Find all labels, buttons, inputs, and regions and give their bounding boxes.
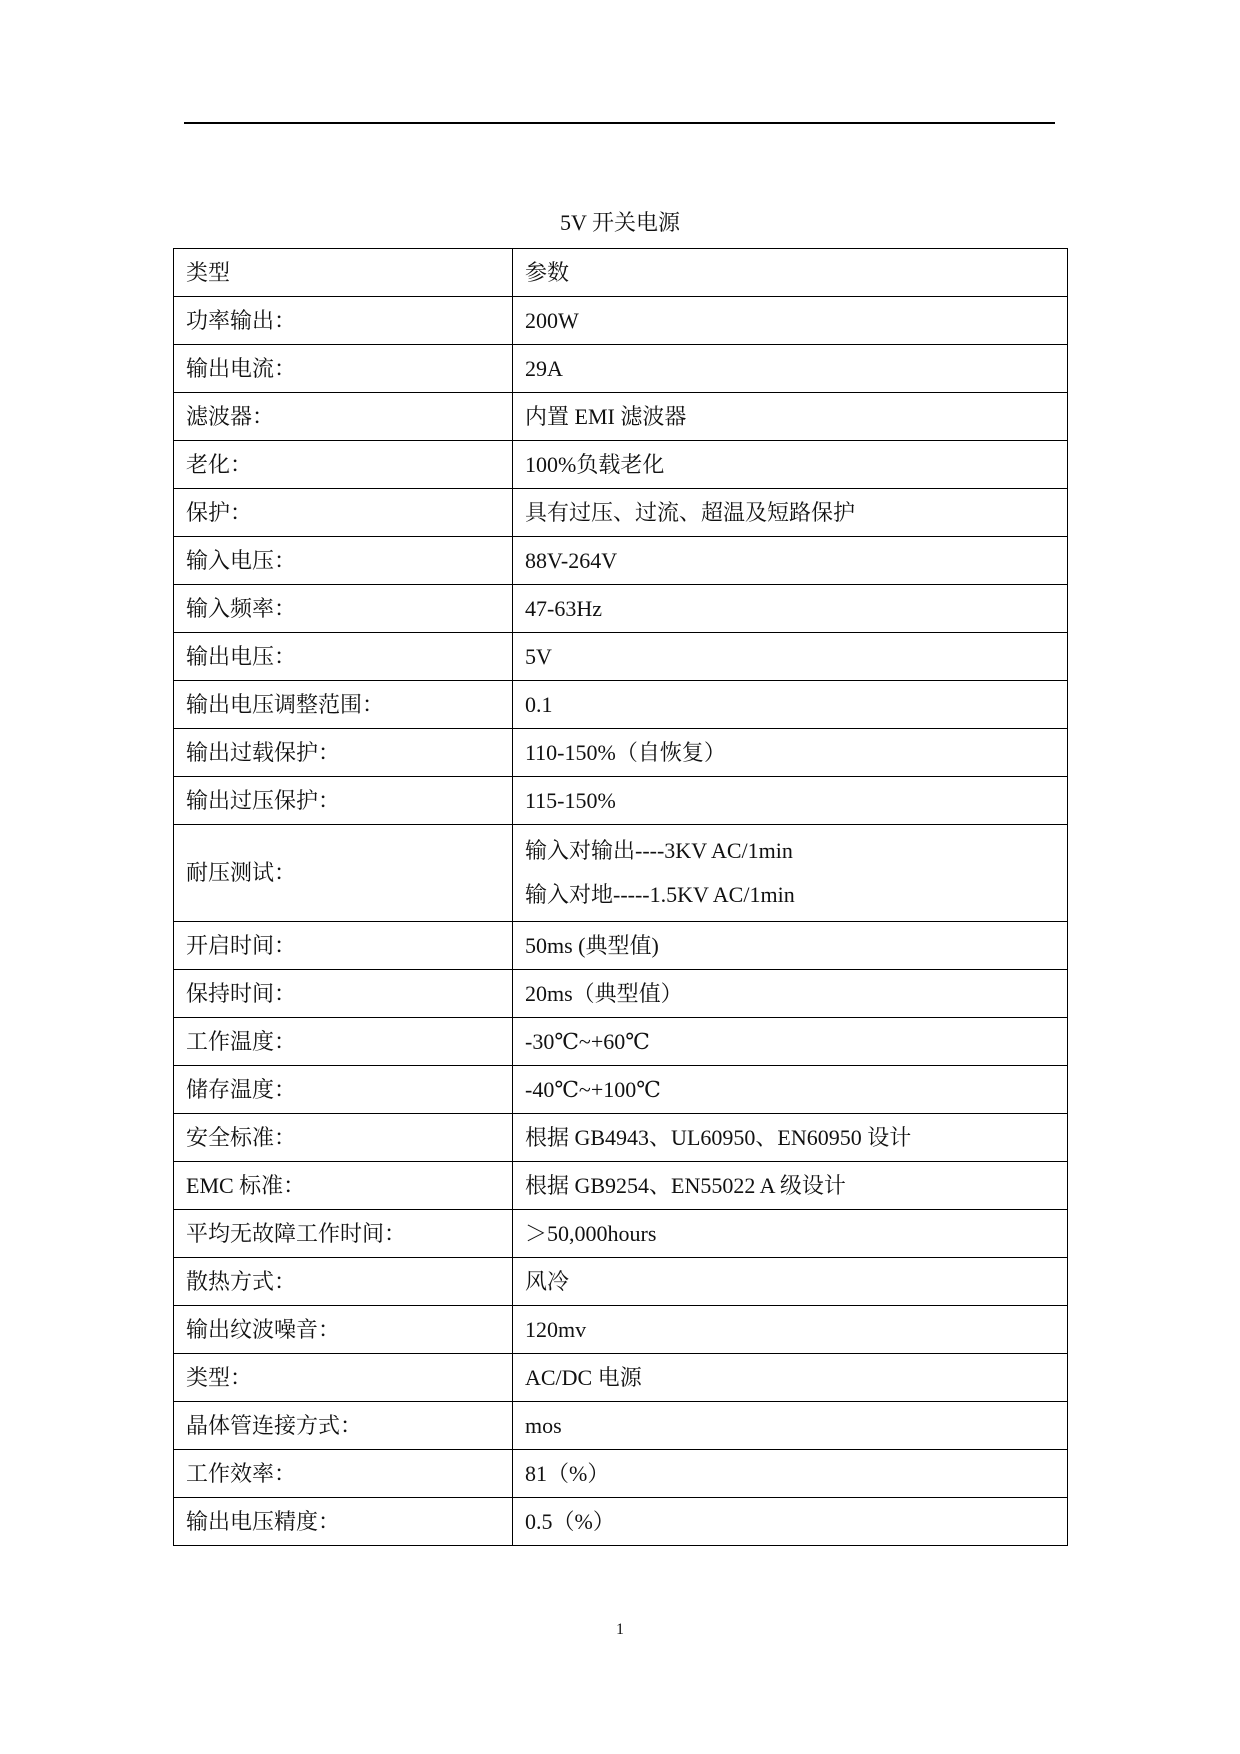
row-value: 根据 GB9254、EN55022 A 级设计 bbox=[513, 1162, 1068, 1210]
row-value: 110-150%（自恢复） bbox=[513, 729, 1068, 777]
row-label: 开启时间： bbox=[174, 922, 513, 970]
row-label: 安全标准： bbox=[174, 1114, 513, 1162]
table-row: 老化： 100%负载老化 bbox=[174, 441, 1068, 489]
row-value: 根据 GB4943、UL60950、EN60950 设计 bbox=[513, 1114, 1068, 1162]
table-row: 滤波器： 内置 EMI 滤波器 bbox=[174, 393, 1068, 441]
row-value: 200W bbox=[513, 297, 1068, 345]
table-row: 输出过载保护： 110-150%（自恢复） bbox=[174, 729, 1068, 777]
row-value-multiline: 输入对输出----3KV AC/1min 输入对地-----1.5KV AC/1… bbox=[513, 825, 1068, 922]
document-title: 5V 开关电源 bbox=[173, 208, 1067, 238]
row-value-line: 输入对输出----3KV AC/1min bbox=[525, 829, 1055, 873]
row-value: 20ms（典型值） bbox=[513, 970, 1068, 1018]
header-rule bbox=[184, 122, 1055, 124]
row-value: 具有过压、过流、超温及短路保护 bbox=[513, 489, 1068, 537]
row-label: 散热方式： bbox=[174, 1258, 513, 1306]
table-row: 输出电流： 29A bbox=[174, 345, 1068, 393]
row-label: 输出电压： bbox=[174, 633, 513, 681]
row-value: ＞50,000hours bbox=[513, 1210, 1068, 1258]
row-label: 工作温度： bbox=[174, 1018, 513, 1066]
table-row: 开启时间： 50ms (典型值) bbox=[174, 922, 1068, 970]
row-value: -30℃~+60℃ bbox=[513, 1018, 1068, 1066]
row-label: 老化： bbox=[174, 441, 513, 489]
row-value: 29A bbox=[513, 345, 1068, 393]
row-label: 储存温度： bbox=[174, 1066, 513, 1114]
row-value: 0.1 bbox=[513, 681, 1068, 729]
row-label: 类型： bbox=[174, 1354, 513, 1402]
row-label: EMC 标准： bbox=[174, 1162, 513, 1210]
row-value: 50ms (典型值) bbox=[513, 922, 1068, 970]
row-value: 120mv bbox=[513, 1306, 1068, 1354]
table-row: 类型： AC/DC 电源 bbox=[174, 1354, 1068, 1402]
table-row: 输出电压： 5V bbox=[174, 633, 1068, 681]
table-row: 平均无故障工作时间： ＞50,000hours bbox=[174, 1210, 1068, 1258]
spec-table: 类型 参数 功率输出： 200W 输出电流： 29A 滤波器： 内置 EMI 滤… bbox=[173, 248, 1068, 1546]
row-label: 耐压测试： bbox=[174, 825, 513, 922]
row-value: 88V-264V bbox=[513, 537, 1068, 585]
table-row: 保护： 具有过压、过流、超温及短路保护 bbox=[174, 489, 1068, 537]
row-value: 115-150% bbox=[513, 777, 1068, 825]
table-row: 输出纹波噪音： 120mv bbox=[174, 1306, 1068, 1354]
row-value: 47-63Hz bbox=[513, 585, 1068, 633]
row-label: 输出电压精度： bbox=[174, 1498, 513, 1546]
row-value: 0.5（%） bbox=[513, 1498, 1068, 1546]
header-cell-type: 类型 bbox=[174, 249, 513, 297]
table-header-row: 类型 参数 bbox=[174, 249, 1068, 297]
table-row: 晶体管连接方式： mos bbox=[174, 1402, 1068, 1450]
row-value: 内置 EMI 滤波器 bbox=[513, 393, 1068, 441]
row-label: 工作效率： bbox=[174, 1450, 513, 1498]
table-row-withstand-test: 耐压测试： 输入对输出----3KV AC/1min 输入对地-----1.5K… bbox=[174, 825, 1068, 922]
table-row: 输入电压： 88V-264V bbox=[174, 537, 1068, 585]
table-row: 输入频率： 47-63Hz bbox=[174, 585, 1068, 633]
header-cell-params: 参数 bbox=[513, 249, 1068, 297]
table-row: 工作温度： -30℃~+60℃ bbox=[174, 1018, 1068, 1066]
row-label: 输出过压保护： bbox=[174, 777, 513, 825]
table-row: 保持时间： 20ms（典型值） bbox=[174, 970, 1068, 1018]
row-value: 风冷 bbox=[513, 1258, 1068, 1306]
row-value: 81（%） bbox=[513, 1450, 1068, 1498]
table-row: 功率输出： 200W bbox=[174, 297, 1068, 345]
row-label: 输出电压调整范围： bbox=[174, 681, 513, 729]
row-label: 输出纹波噪音： bbox=[174, 1306, 513, 1354]
row-label: 晶体管连接方式： bbox=[174, 1402, 513, 1450]
row-label: 功率输出： bbox=[174, 297, 513, 345]
row-value: -40℃~+100℃ bbox=[513, 1066, 1068, 1114]
table-row: 安全标准： 根据 GB4943、UL60950、EN60950 设计 bbox=[174, 1114, 1068, 1162]
row-value-line: 输入对地-----1.5KV AC/1min bbox=[525, 873, 1055, 917]
table-row: EMC 标准： 根据 GB9254、EN55022 A 级设计 bbox=[174, 1162, 1068, 1210]
row-value: mos bbox=[513, 1402, 1068, 1450]
row-label: 输入电压： bbox=[174, 537, 513, 585]
table-row: 输出过压保护： 115-150% bbox=[174, 777, 1068, 825]
table-row: 工作效率： 81（%） bbox=[174, 1450, 1068, 1498]
row-label: 保护： bbox=[174, 489, 513, 537]
row-label: 保持时间： bbox=[174, 970, 513, 1018]
row-value: 5V bbox=[513, 633, 1068, 681]
row-label: 输出过载保护： bbox=[174, 729, 513, 777]
row-label: 滤波器： bbox=[174, 393, 513, 441]
table-row: 输出电压精度： 0.5（%） bbox=[174, 1498, 1068, 1546]
row-value: AC/DC 电源 bbox=[513, 1354, 1068, 1402]
row-label: 输入频率： bbox=[174, 585, 513, 633]
table-row: 散热方式： 风冷 bbox=[174, 1258, 1068, 1306]
row-value: 100%负载老化 bbox=[513, 441, 1068, 489]
table-row: 储存温度： -40℃~+100℃ bbox=[174, 1066, 1068, 1114]
table-row: 输出电压调整范围： 0.1 bbox=[174, 681, 1068, 729]
row-label: 平均无故障工作时间： bbox=[174, 1210, 513, 1258]
page-number: 1 bbox=[573, 1620, 667, 1640]
row-label: 输出电流： bbox=[174, 345, 513, 393]
